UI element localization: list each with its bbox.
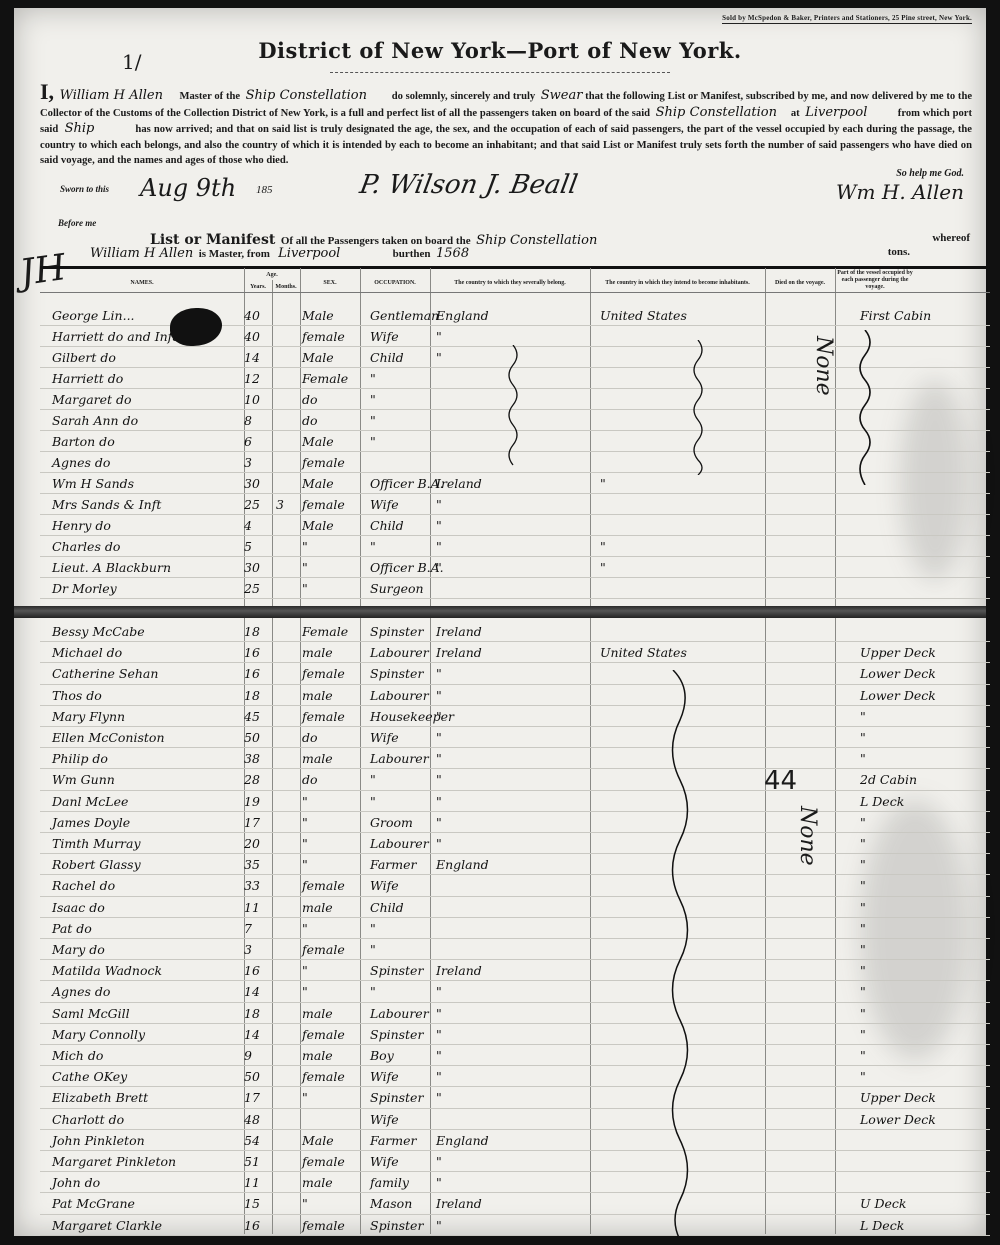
page-fold — [14, 606, 986, 618]
passenger-row: Ellen McConiston50doWife"" — [40, 728, 990, 748]
occupation: Gentleman — [370, 308, 439, 323]
age-years: 11 — [244, 900, 274, 915]
age-years: 10 — [244, 392, 274, 407]
died-none-annotation: None — [811, 336, 836, 396]
passenger-row: Margaret Pinkleton51femaleWife" — [40, 1152, 990, 1172]
passenger-name: Dr Morley — [52, 581, 117, 596]
passenger-name: Margaret do — [52, 392, 132, 407]
passenger-row: Wm Gunn28do""2d Cabin — [40, 770, 990, 790]
burthen-value: 1568 — [436, 246, 469, 261]
country-intends: United States — [600, 645, 687, 660]
occupation: " — [370, 434, 376, 449]
country-belongs: " — [436, 1006, 442, 1021]
age-years: 50 — [244, 730, 274, 745]
age-years: 8 — [244, 413, 274, 428]
sex: Male — [302, 1133, 334, 1148]
country-belongs: Ireland — [436, 1196, 482, 1211]
passenger-name: Rachel do — [52, 878, 115, 893]
passenger-row: Dr Morley25"Surgeon — [40, 579, 990, 599]
whereof-label: whereof — [932, 232, 970, 244]
country-belongs: " — [436, 1090, 442, 1105]
passenger-name: Henry do — [52, 518, 111, 533]
part-of-vessel: L Deck — [860, 1218, 904, 1233]
passenger-row: Mary Flynn45femaleHousekeeper"" — [40, 707, 990, 727]
occupation: Labourer — [370, 1006, 429, 1021]
ditto-wave — [505, 345, 521, 475]
part-of-vessel: " — [860, 836, 866, 851]
oath-text: Master of the — [179, 91, 240, 102]
sex: do — [302, 413, 318, 428]
sex: Male — [302, 518, 334, 533]
occupation: Wife — [370, 730, 399, 745]
passenger-row: Bessy McCabe18FemaleSpinsterIreland — [40, 622, 990, 642]
sex: do — [302, 772, 318, 787]
occupation: Child — [370, 518, 404, 533]
passenger-name: Agnes do — [52, 984, 110, 999]
passenger-row: Pat McGrane15"MasonIrelandU Deck — [40, 1194, 990, 1214]
passenger-name: Matilda Wadnock — [52, 963, 162, 978]
country-intends: " — [600, 476, 606, 491]
passenger-row: Catherine Sehan16femaleSpinster"Lower De… — [40, 664, 990, 684]
title-underline — [330, 72, 670, 73]
passenger-row: Lieut. A Blackburn30"Officer B.A."" — [40, 558, 990, 578]
occupation: Child — [370, 900, 404, 915]
age-years: 40 — [244, 308, 274, 323]
occupation: " — [370, 413, 376, 428]
passenger-name: Sarah Ann do — [52, 413, 138, 428]
passenger-name: Robert Glassy — [52, 857, 141, 872]
passenger-name: Agnes do — [52, 455, 110, 470]
occupation: Officer B.A. — [370, 560, 444, 575]
occupation: " — [370, 794, 376, 809]
manifest-master: William H Allen — [90, 246, 193, 261]
official-signature: P. Wilson J. Beall — [357, 170, 580, 200]
table-top-rule — [40, 266, 990, 269]
passenger-name: James Doyle — [52, 815, 130, 830]
part-of-vessel: Lower Deck — [860, 666, 936, 681]
oath-word: Swear — [541, 88, 583, 103]
sex: male — [302, 688, 333, 703]
part-of-vessel: " — [860, 921, 866, 936]
ditto-wave — [690, 340, 706, 475]
sex: female — [302, 1027, 345, 1042]
passenger-name: Lieut. A Blackburn — [52, 560, 171, 575]
part-of-vessel: " — [860, 963, 866, 978]
passenger-row: John do11malefamily" — [40, 1173, 990, 1193]
sex: Male — [302, 308, 334, 323]
sex: " — [302, 963, 308, 978]
age-years: 51 — [244, 1154, 274, 1169]
passenger-name: Mich do — [52, 1048, 103, 1063]
age-years: 17 — [244, 1090, 274, 1105]
occupation: Spinster — [370, 1027, 423, 1042]
occupation: " — [370, 371, 376, 386]
passenger-row: Pat do7""" — [40, 919, 990, 939]
sex: female — [302, 666, 345, 681]
country-belongs: " — [436, 772, 442, 787]
passenger-row: Matilda Wadnock16"SpinsterIreland" — [40, 961, 990, 981]
sex: Female — [302, 624, 348, 639]
sex: " — [302, 539, 308, 554]
occupation: " — [370, 921, 376, 936]
sex: " — [302, 984, 308, 999]
age-years: 17 — [244, 815, 274, 830]
country-belongs: " — [436, 730, 442, 745]
passenger-name: Thos do — [52, 688, 102, 703]
master-name: William H Allen — [60, 88, 163, 103]
country-belongs: " — [436, 329, 442, 344]
burthen-label: burthen — [393, 248, 431, 260]
country-belongs: Ireland — [436, 963, 482, 978]
passenger-name: Michael do — [52, 645, 122, 660]
sex: male — [302, 1048, 333, 1063]
occupation: Boy — [370, 1048, 394, 1063]
sworn-year: 185 — [256, 184, 273, 196]
occupation: Officer B.A. — [370, 476, 444, 491]
country-belongs: " — [436, 560, 442, 575]
passenger-name: Cathe OKey — [52, 1069, 127, 1084]
age-years: 16 — [244, 666, 274, 681]
passenger-name: Gilbert do — [52, 350, 116, 365]
age-years: 11 — [244, 1175, 274, 1190]
vessel-name-2: Ship Constellation — [656, 105, 777, 120]
passenger-row: Mrs Sands & Inft253femaleWife" — [40, 495, 990, 515]
vessel-type: Ship — [65, 121, 95, 136]
sex: " — [302, 794, 308, 809]
tons-label: tons. — [888, 246, 910, 258]
occupation: " — [370, 984, 376, 999]
occupation: Wife — [370, 1069, 399, 1084]
passenger-name: George Lin... — [52, 308, 135, 323]
sworn-date: Aug 9th — [140, 174, 236, 202]
part-of-vessel: " — [860, 1048, 866, 1063]
passenger-name: Isaac do — [52, 900, 105, 915]
passenger-row: Margaret Clarkle16femaleSpinster"L Deck — [40, 1216, 990, 1236]
occupation: Wife — [370, 1112, 399, 1127]
age-years: 3 — [244, 942, 274, 957]
age-years: 16 — [244, 645, 274, 660]
sex: female — [302, 329, 345, 344]
occupation: Surgeon — [370, 581, 424, 596]
occupation: Wife — [370, 878, 399, 893]
occupation: Labourer — [370, 688, 429, 703]
printer-imprint: Sold by McSpedon & Baker, Printers and S… — [722, 14, 972, 24]
passenger-name: Barton do — [52, 434, 115, 449]
col-died: Died on the voyage. — [765, 280, 835, 287]
country-belongs: Ireland — [436, 624, 482, 639]
col-sex: SEX. — [300, 280, 360, 287]
part-of-vessel: " — [860, 751, 866, 766]
passenger-row: Isaac do11maleChild" — [40, 898, 990, 918]
col-years: Years. — [244, 284, 272, 291]
part-of-vessel: 2d Cabin — [860, 772, 917, 787]
age-years: 30 — [244, 560, 274, 575]
age-years: 54 — [244, 1133, 274, 1148]
country-belongs: " — [436, 1027, 442, 1042]
sworn-label: Sworn to this — [60, 184, 109, 194]
passenger-name: Ellen McConiston — [52, 730, 165, 745]
age-years: 7 — [244, 921, 274, 936]
part-of-vessel: " — [860, 815, 866, 830]
died-none-annotation-2: None — [795, 806, 820, 866]
age-years: 19 — [244, 794, 274, 809]
country-belongs: " — [436, 794, 442, 809]
passenger-name: Timth Murray — [52, 836, 141, 851]
age-years: 3 — [244, 455, 274, 470]
passenger-name: Harriett do — [52, 371, 123, 386]
country-belongs: England — [436, 308, 489, 323]
passenger-row: Cathe OKey50femaleWife"" — [40, 1067, 990, 1087]
age-years: 18 — [244, 1006, 274, 1021]
age-years: 40 — [244, 329, 274, 344]
passenger-count-annotation: 44 — [764, 766, 797, 796]
part-of-vessel: " — [860, 730, 866, 745]
occupation: Child — [370, 350, 404, 365]
country-belongs: " — [436, 1218, 442, 1233]
vessel-name: Ship Constellation — [246, 88, 367, 103]
part-of-vessel: " — [860, 857, 866, 872]
sex: male — [302, 751, 333, 766]
occupation: Labourer — [370, 645, 429, 660]
oath-paragraph: I, William H Allen Master of the Ship Co… — [40, 84, 972, 169]
passenger-name: Mary Flynn — [52, 709, 125, 724]
occupation: Spinster — [370, 1218, 423, 1233]
sex: male — [302, 645, 333, 660]
col-names: NAMES. — [40, 280, 244, 287]
passenger-row: Wm H Sands30MaleOfficer B.A.Ireland" — [40, 474, 990, 494]
sex: female — [302, 1218, 345, 1233]
passenger-row: Timth Murray20"Labourer"" — [40, 834, 990, 854]
occupation: Spinster — [370, 963, 423, 978]
age-years: 18 — [244, 688, 274, 703]
sex: Male — [302, 434, 334, 449]
passenger-row: Danl McLee19"""L Deck — [40, 792, 990, 812]
occupation: Spinster — [370, 666, 423, 681]
country-belongs: " — [436, 984, 442, 999]
occupation: Wife — [370, 1154, 399, 1169]
part-of-vessel: " — [860, 1027, 866, 1042]
passenger-row: Saml McGill18maleLabourer"" — [40, 1004, 990, 1024]
occupation: Mason — [370, 1196, 412, 1211]
age-years: 50 — [244, 1069, 274, 1084]
sex: female — [302, 942, 345, 957]
passenger-name: Charlott do — [52, 1112, 124, 1127]
age-years: 16 — [244, 1218, 274, 1233]
country-belongs: " — [436, 836, 442, 851]
country-belongs: " — [436, 666, 442, 681]
country-belongs: " — [436, 350, 442, 365]
age-years: 35 — [244, 857, 274, 872]
sex: female — [302, 1154, 345, 1169]
sex: " — [302, 836, 308, 851]
country-belongs: " — [436, 688, 442, 703]
passenger-row: Charles do5"""" — [40, 537, 990, 557]
sex: " — [302, 857, 308, 872]
passenger-row: Charlott do48WifeLower Deck — [40, 1110, 990, 1130]
passenger-name: Elizabeth Brett — [52, 1090, 148, 1105]
oath-prefix: I, — [40, 79, 54, 104]
passenger-name: Wm H Sands — [52, 476, 134, 491]
sex: female — [302, 455, 345, 470]
occupation: " — [370, 942, 376, 957]
oath-text: do solemnly, sincerely and truly — [392, 91, 536, 102]
country-belongs: " — [436, 518, 442, 533]
country-belongs: Ireland — [436, 476, 482, 491]
before-me-label: Before me — [58, 218, 96, 228]
country-belongs: " — [436, 709, 442, 724]
passenger-name: Bessy McCabe — [52, 624, 145, 639]
occupation: Labourer — [370, 751, 429, 766]
part-of-vessel: U Deck — [860, 1196, 907, 1211]
passenger-row: Elizabeth Brett17"Spinster"Upper Deck — [40, 1088, 990, 1108]
sex: " — [302, 560, 308, 575]
occupation: Groom — [370, 815, 413, 830]
age-years: 25 — [244, 497, 274, 512]
departure-port: Liverpool — [805, 105, 867, 120]
passenger-name: Pat do — [52, 921, 92, 936]
country-intends: " — [600, 560, 606, 575]
sex: female — [302, 1069, 345, 1084]
sex: male — [302, 900, 333, 915]
col-part-of-vessel: Part of the vessel occupied by each pass… — [835, 270, 915, 291]
country-belongs: England — [436, 1133, 489, 1148]
age-years: 14 — [244, 984, 274, 999]
col-country-belong: The country to which they severally belo… — [430, 280, 590, 287]
manifest-text: is Master, from — [199, 248, 270, 260]
manifest-port: Liverpool — [278, 246, 340, 261]
age-years: 25 — [244, 581, 274, 596]
occupation: " — [370, 539, 376, 554]
age-years: 28 — [244, 772, 274, 787]
country-belongs: " — [436, 1154, 442, 1169]
country-belongs: " — [436, 1069, 442, 1084]
part-of-vessel: Lower Deck — [860, 688, 936, 703]
part-of-vessel: " — [860, 900, 866, 915]
age-years: 14 — [244, 350, 274, 365]
part-of-vessel: " — [860, 984, 866, 999]
country-intends: " — [600, 539, 606, 554]
part-of-vessel: " — [860, 942, 866, 957]
sex: " — [302, 815, 308, 830]
passenger-name: Mary Connolly — [52, 1027, 145, 1042]
passenger-name: Margaret Clarkle — [52, 1218, 162, 1233]
country-belongs: " — [436, 1048, 442, 1063]
sex: female — [302, 709, 345, 724]
sex: " — [302, 921, 308, 936]
age-years: 5 — [244, 539, 274, 554]
passenger-name: Danl McLee — [52, 794, 128, 809]
country-belongs: " — [436, 815, 442, 830]
part-of-vessel: Lower Deck — [860, 1112, 936, 1127]
passenger-name: Mary do — [52, 942, 105, 957]
age-years: 30 — [244, 476, 274, 491]
sex: " — [302, 1196, 308, 1211]
age-years: 45 — [244, 709, 274, 724]
age-months: 3 — [276, 497, 284, 512]
country-belongs: England — [436, 857, 489, 872]
passenger-name: Charles do — [52, 539, 120, 554]
occupation: Wife — [370, 497, 399, 512]
passenger-name: John Pinkleton — [52, 1133, 145, 1148]
age-years: 4 — [244, 518, 274, 533]
so-help-me-god: So help me God. — [896, 168, 964, 179]
part-of-vessel: Upper Deck — [860, 1090, 936, 1105]
passenger-name: Margaret Pinkleton — [52, 1154, 176, 1169]
sex: female — [302, 497, 345, 512]
passenger-name: Philip do — [52, 751, 108, 766]
country-belongs: Ireland — [436, 645, 482, 660]
age-years: 14 — [244, 1027, 274, 1042]
sex: male — [302, 1006, 333, 1021]
passenger-row: Michael do16maleLabourerIrelandUnited St… — [40, 643, 990, 663]
age-years: 12 — [244, 371, 274, 386]
occupation: Farmer — [370, 857, 416, 872]
occupation: Spinster — [370, 624, 423, 639]
sex: Female — [302, 371, 348, 386]
sex: " — [302, 1090, 308, 1105]
part-of-vessel: " — [860, 1069, 866, 1084]
age-years: 18 — [244, 624, 274, 639]
passenger-row: James Doyle17"Groom"" — [40, 813, 990, 833]
manifest-header-line-2: William H Allen is Master, from Liverpoo… — [90, 246, 970, 261]
col-occupation: OCCUPATION. — [360, 280, 430, 287]
passenger-row: Mary do3female"" — [40, 940, 990, 960]
sex: Male — [302, 476, 334, 491]
header-bottom-rule — [40, 292, 990, 293]
passenger-row: Thos do18maleLabourer"Lower Deck — [40, 686, 990, 706]
country-belongs: " — [436, 539, 442, 554]
oath-text: at — [791, 108, 800, 119]
passenger-name: Catherine Sehan — [52, 666, 158, 681]
country-belongs: " — [436, 1175, 442, 1190]
ditto-wave — [665, 670, 695, 1240]
sex: male — [302, 1175, 333, 1190]
document-title: District of New York—Port of New York. — [0, 38, 1000, 63]
occupation: Labourer — [370, 836, 429, 851]
age-years: 20 — [244, 836, 274, 851]
col-country-intend: The country in which they intend to beco… — [590, 280, 765, 287]
sex: do — [302, 392, 318, 407]
oath-text: has now arrived; and that on said list i… — [40, 124, 972, 166]
country-belongs: " — [436, 751, 442, 766]
passenger-name: John do — [52, 1175, 100, 1190]
occupation: family — [370, 1175, 409, 1190]
sex: do — [302, 730, 318, 745]
passenger-name: Saml McGill — [52, 1006, 130, 1021]
age-years: 38 — [244, 751, 274, 766]
passenger-row: Henry do4MaleChild" — [40, 516, 990, 536]
sex: Male — [302, 350, 334, 365]
part-of-vessel: " — [860, 1006, 866, 1021]
country-belongs: " — [436, 497, 442, 512]
age-years: 9 — [244, 1048, 274, 1063]
part-of-vessel: Upper Deck — [860, 645, 936, 660]
occupation: Spinster — [370, 1090, 423, 1105]
passenger-row: Philip do38maleLabourer"" — [40, 749, 990, 769]
age-years: 6 — [244, 434, 274, 449]
part-of-vessel: " — [860, 878, 866, 893]
part-of-vessel: L Deck — [860, 794, 904, 809]
passenger-row: Rachel do33femaleWife" — [40, 876, 990, 896]
col-months: Months. — [272, 284, 300, 291]
passenger-row: Mich do9maleBoy"" — [40, 1046, 990, 1066]
passenger-name: Wm Gunn — [52, 772, 115, 787]
occupation: " — [370, 772, 376, 787]
occupation: " — [370, 392, 376, 407]
ditto-wave — [855, 330, 875, 485]
age-years: 15 — [244, 1196, 274, 1211]
occupation: Wife — [370, 329, 399, 344]
